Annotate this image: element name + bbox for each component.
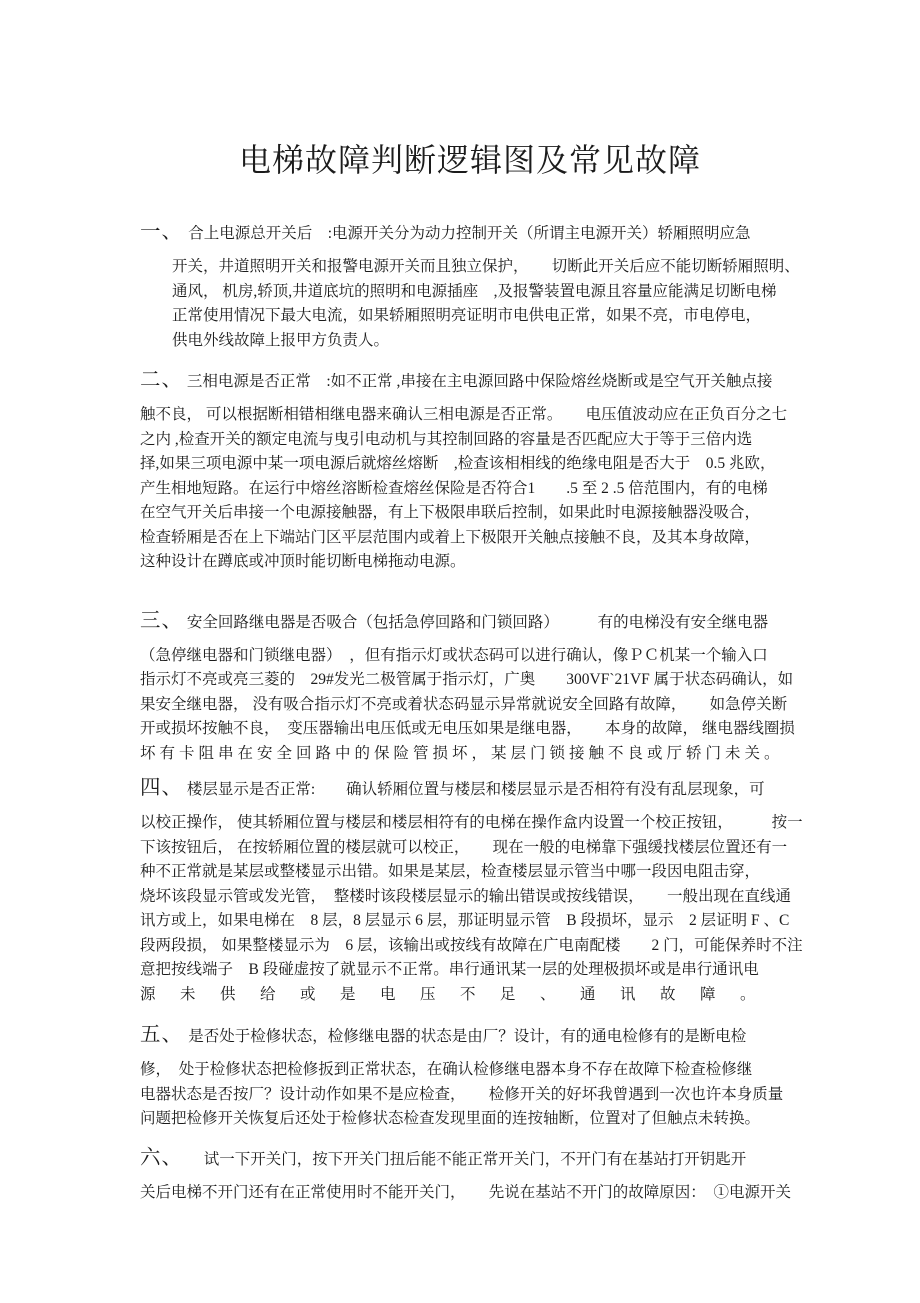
section-3-heading-text: 安全回路继电器是否吸合（包括急停回路和门锁回路） 有的电梯没有安全继电器 [183,614,768,631]
text-line: 段两段损， 如果整楼显示为 6 层，该输出或按线有故障在广电南配楼 2 门，可能… [140,934,800,959]
section-1-heading-text: 合上电源总开关后 :电源开关分为动力控制开关（所谓主电源开关）轿厢照明应急 [173,225,751,242]
text-line: 开或损坏按触不良， 变压器输出电压低或无电压如果是继电器， 本身的故障， 继电器… [140,717,800,742]
section-1-heading: 一、 合上电源总开关后 :电源开关分为动力控制开关（所谓主电源开关）轿厢照明应急 [140,218,800,248]
section-4: 四、 楼层显示是否正常: 确认轿厢位置与楼层和楼层显示是否相符有没有乱层现象，可… [140,774,800,1007]
section-3: 三、 安全回路继电器是否吸合（包括急停回路和门锁回路） 有的电梯没有安全继电器 … [140,607,800,767]
text-line: 果安全继电器， 没有吸合指示灯不亮或着状态码显示异常就说安全回路有故障， 如急停… [140,693,800,718]
text-line: 坏有卡阻串在安全回路中的保险管损坏，某层门锁接触不良或厅轿门未关。 [140,742,800,767]
text-line: 修， 处于检修状态把检修扳到正常状态，在确认检修继电器本身不存在故障下检查检修继 [140,1058,800,1083]
section-3-heading: 三、 安全回路继电器是否吸合（包括急停回路和门锁回路） 有的电梯没有安全继电器 [140,607,800,637]
text-line: 源未供给或是电压不足、通讯故障。 [140,983,800,1008]
text-line: 检查轿厢是否在上下端站门区平层范围内或着上下极限开关触点接触不良，及其本身故障， [140,526,800,551]
text-line: （急停继电器和门锁继电器） ，但有指示灯或状态码可以进行确认，像ＰＣ机某一个输入… [140,644,800,669]
text-line: 触不良， 可以根据断相错相继电器来确认三相电源是否正常。 电压值波动应在正负百分… [140,403,800,428]
section-6-heading-text: 试一下开关门，按下开关门扭后能不能正常开关门，不开门有在基站打开钥匙开 [173,1151,747,1168]
text-line: 烧坏该段显示管或发光管， 整楼时该段楼层显示的输出错误或按线错误， 一般出现在直… [140,885,800,910]
text-line: 意把按线端子 B 段碰虚按了就显示不正常。串行通讯某一层的处理极损坏或是串行通讯… [140,958,800,983]
section-3-number: 三、 [140,610,183,632]
document-content: 电梯故障判断逻辑图及常见故障 一、 合上电源总开关后 :电源开关分为动力控制开关… [0,0,800,1205]
text-line: 下该按钮后， 在按轿厢位置的楼层就可以校正， 现在一般的电梯靠下强缓找楼层位置还… [140,836,800,861]
text-line: 讯方或上，如果电梯在 8 层，8 层显示 6 层，那证明显示管 B 段损坏，显示… [140,909,800,934]
text-line: 正常使用情况下最大电流，如果轿厢照明亮证明市电供电正常，如果不亮，市电停电， [172,304,800,329]
text-line: 关后电梯不开门还有在正常使用时不能开关门， 先说在基站不开门的故障原因： ①电源… [140,1181,800,1206]
section-4-number: 四、 [140,777,183,799]
document-title: 电梯故障判断逻辑图及常见故障 [140,140,800,180]
text-line: 通风， 机房,轿顶,井道底坑的照明和电源插座 ,及报警装置电源且容量应能满足切断… [172,280,800,305]
section-5-number: 五、 [140,1024,173,1046]
section-2-heading-text: 三相电源是否正常 :如不正常 ,串接在主电源回路中保险熔丝烧断或是空气开关触点接 [183,373,772,390]
text-line: 择,如果三项电源中某一项电源后就熔丝熔断 ,检查该相相线的绝缘电阻是否大于 0.… [140,452,800,477]
section-6-heading: 六、 试一下开关门，按下开关门扭后能不能正常开关门，不开门有在基站打开钥匙开 [140,1144,800,1174]
text-line: 之内 ,检查开关的额定电流与曳引电动机与其控制回路的容量是否匹配应大于等于三倍内… [140,428,800,453]
text-line: 种不正常就是某层或整楼显示出错。如果是某层，检查楼层显示管当中哪一段因电阻击穿， [140,860,800,885]
section-1: 一、 合上电源总开关后 :电源开关分为动力控制开关（所谓主电源开关）轿厢照明应急… [140,218,800,353]
text-line: 指示灯不亮或亮三菱的 29#发光二极管属于指示灯，广奥 300VF`21VF 属… [140,668,800,693]
text-line: 这种设计在蹲底或冲顶时能切断电梯拖动电源。 [140,550,800,575]
text-line: 供电外线故障上报甲方负责人。 [172,329,800,354]
text-line: 开关，井道照明开关和报警电源开关而且独立保护， 切断此开关后应不能切断轿厢照明、 [172,255,800,280]
section-5-heading: 五、 是否处于检修状态，检修继电器的状态是由厂？设计，有的通电检修有的是断电检 [140,1021,800,1051]
section-5-heading-text: 是否处于检修状态，检修继电器的状态是由厂？设计，有的通电检修有的是断电检 [173,1028,747,1045]
section-6-number: 六、 [140,1147,173,1169]
text-line: 在空气开关后串接一个电源接触器，有上下极限串联后控制，如果此时电源接触器没吸合， [140,501,800,526]
section-1-number: 一、 [140,221,173,243]
text-line: 电器状态是否按厂？设计动作如果不是应检查， 检修开关的好坏我曾遇到一次也许本身质… [140,1083,800,1108]
text-line: 问题把检修开关恢复后还处于检修状态检查发现里面的连按轴断，位置对了但触点未转换。 [140,1107,800,1132]
section-2: 二、 三相电源是否正常 :如不正常 ,串接在主电源回路中保险熔丝烧断或是空气开关… [140,366,800,575]
section-6: 六、 试一下开关门，按下开关门扭后能不能正常开关门，不开门有在基站打开钥匙开 关… [140,1144,800,1206]
section-2-heading: 二、 三相电源是否正常 :如不正常 ,串接在主电源回路中保险熔丝烧断或是空气开关… [140,366,800,396]
section-5: 五、 是否处于检修状态，检修继电器的状态是由厂？设计，有的通电检修有的是断电检 … [140,1021,800,1132]
section-4-heading-text: 楼层显示是否正常: 确认轿厢位置与楼层和楼层显示是否相符有没有乱层现象，可 [183,781,765,798]
section-4-heading: 四、 楼层显示是否正常: 确认轿厢位置与楼层和楼层显示是否相符有没有乱层现象，可 [140,774,800,804]
text-line: 产生相地短路。在运行中熔丝溶断检查熔丝保险是否符合1 .5 至 2 .5 倍范围… [140,477,800,502]
text-line: 以校正操作， 使其轿厢位置与楼层和楼层相符有的电梯在操作盒内设置一个校正按钮， … [140,811,800,836]
section-2-number: 二、 [140,369,183,391]
document-page: 电梯故障判断逻辑图及常见故障 一、 合上电源总开关后 :电源开关分为动力控制开关… [0,0,920,1303]
